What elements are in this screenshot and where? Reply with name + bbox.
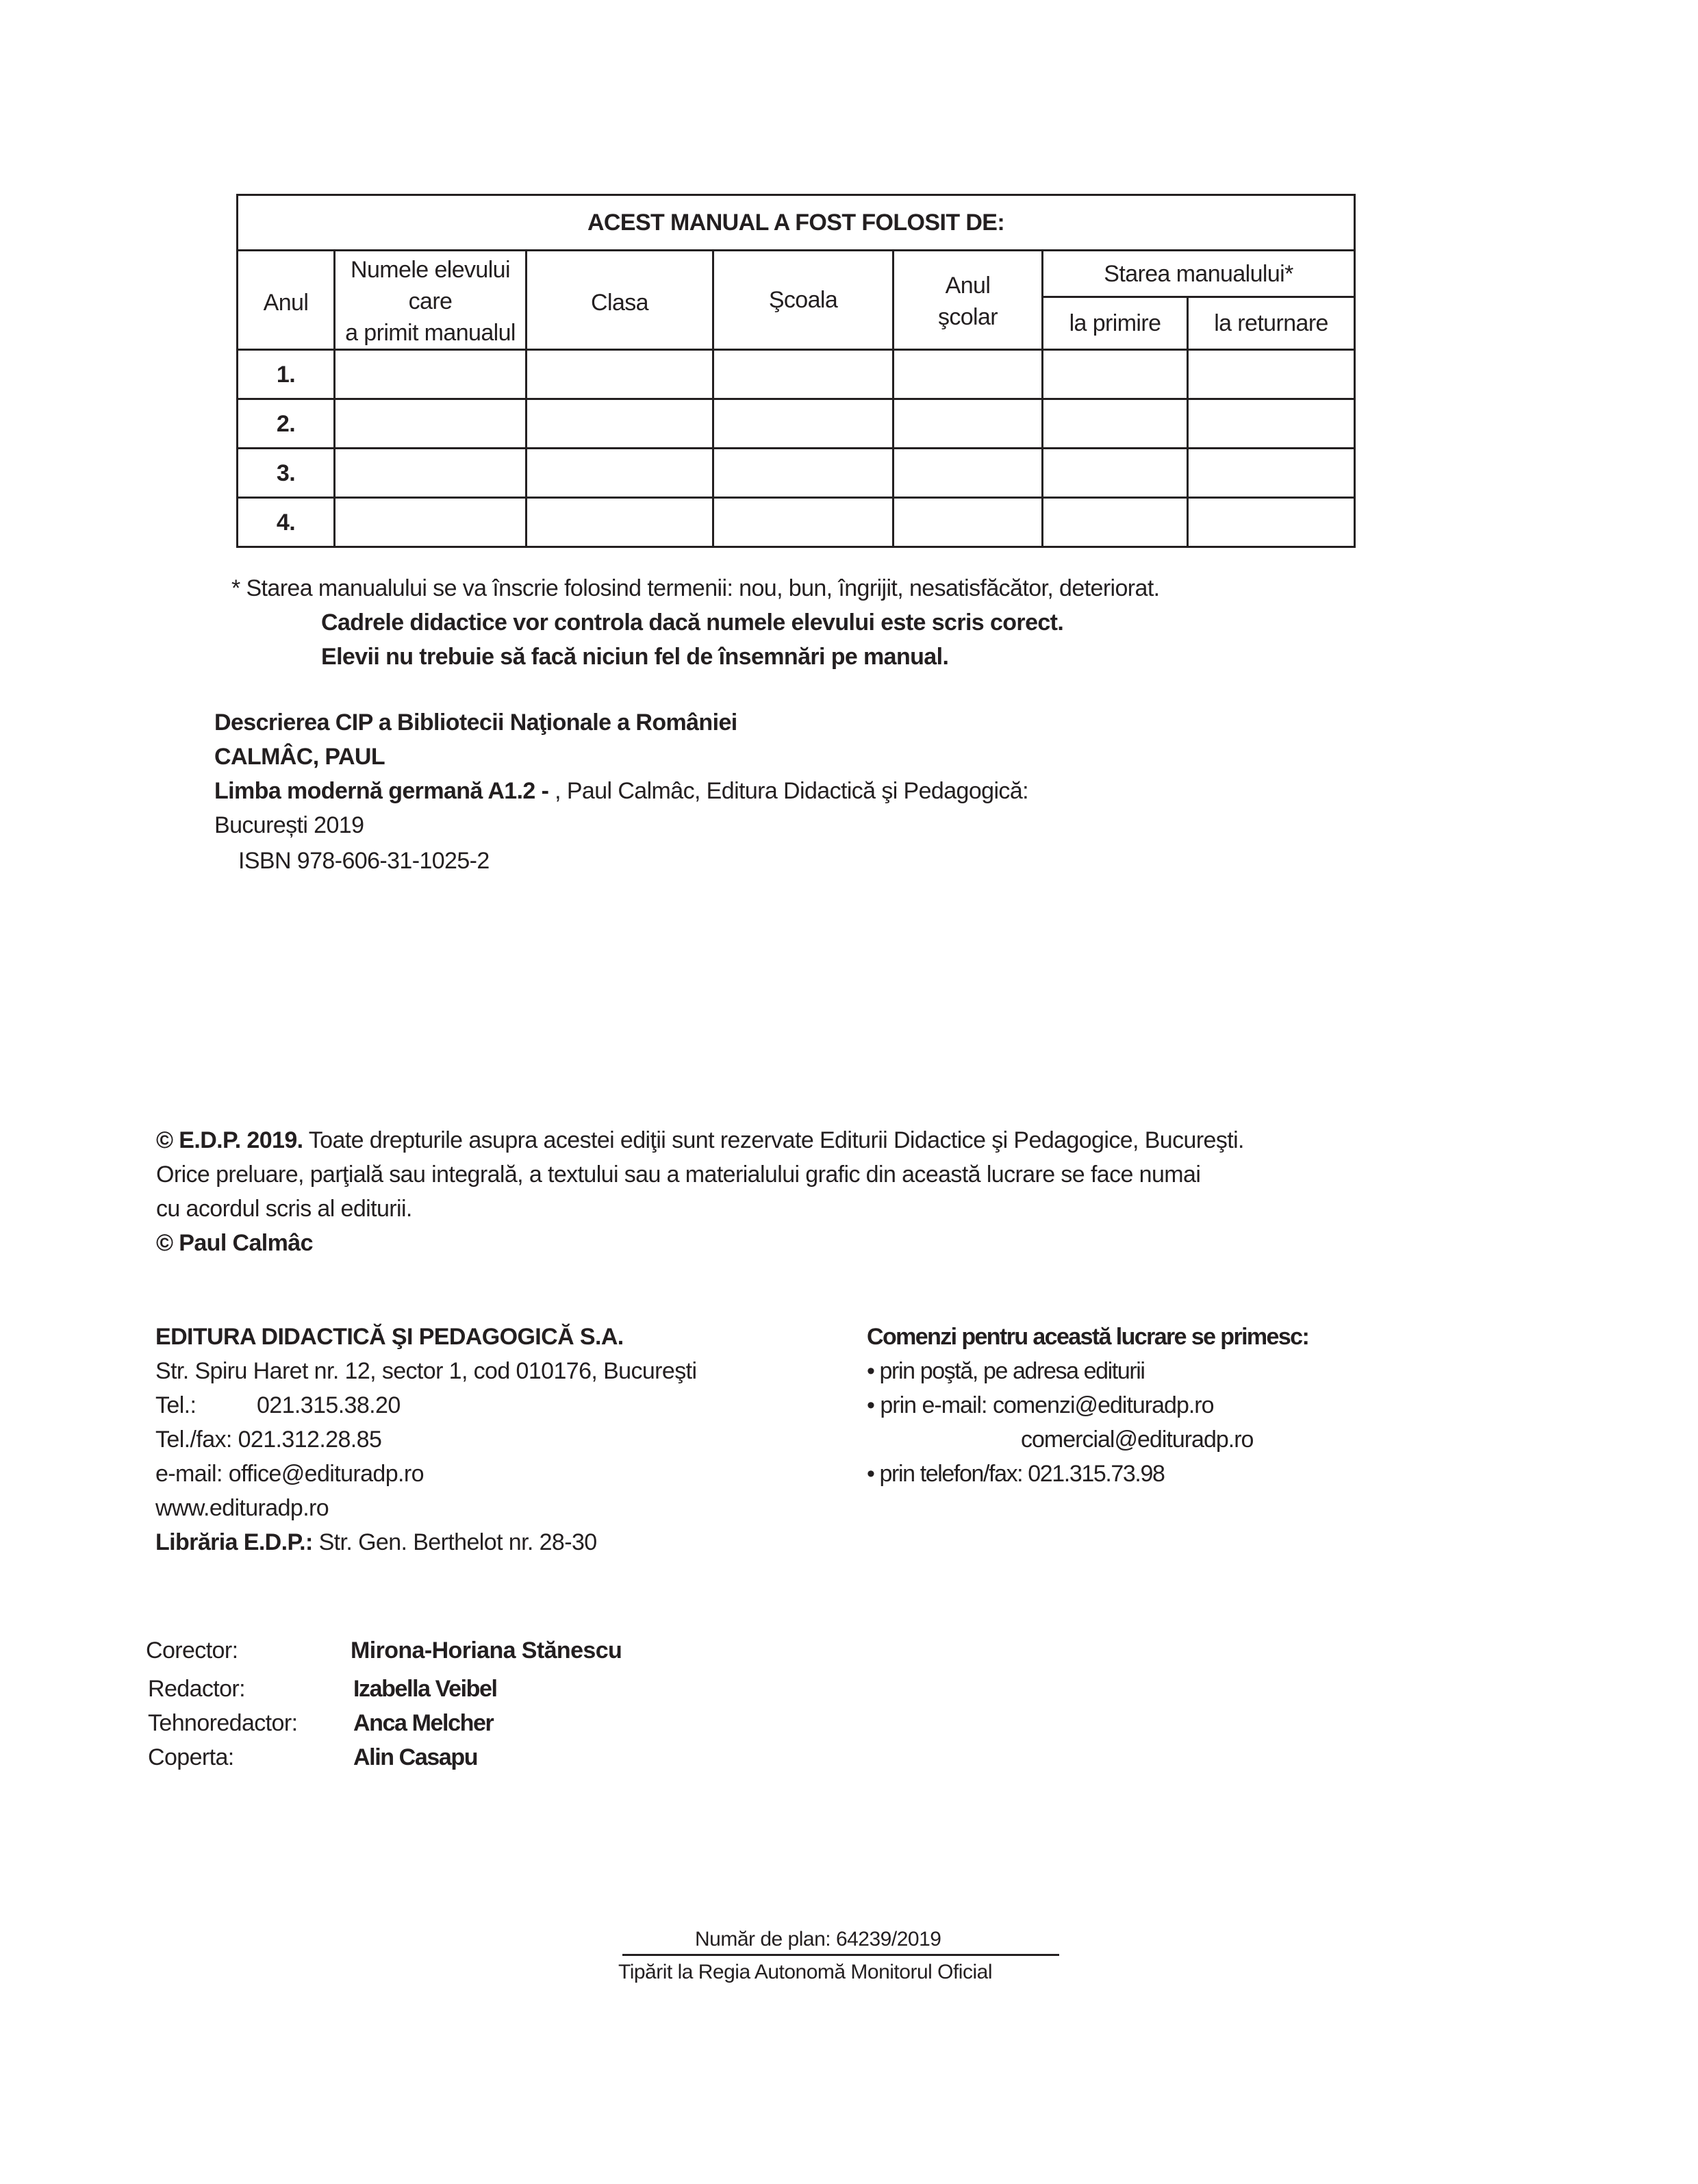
credit-name-coperta: Alin Casapu — [353, 1740, 477, 1774]
orders-item-email: • prin e-mail: comenzi@edituradp.ro — [867, 1388, 1214, 1422]
column-header-la-returnare: la returnare — [1188, 297, 1355, 350]
plan-number: Număr de plan: 64239/2019 — [695, 1926, 941, 1953]
cell-anul-scolar — [894, 350, 1043, 399]
column-header-clasa: Clasa — [527, 251, 713, 350]
credit-role-corector: Corector: — [146, 1633, 238, 1668]
orders-heading: Comenzi pentru această lucrare se primes… — [867, 1320, 1308, 1354]
column-header-starea: Starea manualului* — [1043, 251, 1355, 297]
cell-la-primire — [1043, 498, 1188, 547]
cell-clasa — [527, 399, 713, 449]
orders-item-email-2: comercial@edituradp.ro — [1021, 1422, 1253, 1457]
copyright-line-1: © E.D.P. 2019. Toate drepturile asupra a… — [156, 1123, 1244, 1157]
orders-item-phone: • prin telefon/fax: 021.315.73.98 — [867, 1457, 1165, 1491]
cip-heading: Descrierea CIP a Bibliotecii Naţionale a… — [214, 705, 737, 740]
cell-la-returnare — [1188, 399, 1355, 449]
bookstore-label: Librăria E.D.P.: — [155, 1529, 313, 1555]
publisher-tel: 021.315.38.20 — [257, 1388, 401, 1422]
condition-footnote: * Starea manualului se va înscrie folosi… — [231, 571, 1160, 605]
publisher-bookstore: Librăria E.D.P.: Str. Gen. Berthelot nr.… — [155, 1525, 597, 1559]
credit-name-tehnoredactor: Anca Melcher — [353, 1706, 493, 1740]
credit-name-redactor: Izabella Veibel — [353, 1672, 497, 1706]
publisher-tel-label: Tel.: — [155, 1388, 196, 1422]
students-note: Elevii nu trebuie să facă niciun fel de … — [321, 640, 948, 674]
cell-clasa — [527, 498, 713, 547]
row-number: 3. — [238, 449, 335, 498]
cip-isbn: ISBN 978-606-31-1025-2 — [238, 844, 490, 878]
cell-nume — [335, 449, 527, 498]
cell-anul-scolar — [894, 399, 1043, 449]
row-number: 1. — [238, 350, 335, 399]
publisher-website[interactable]: www.edituradp.ro — [155, 1491, 329, 1525]
cell-la-primire — [1043, 399, 1188, 449]
publisher-email-address[interactable]: office@edituradp.ro — [229, 1461, 424, 1487]
cip-author: CALMÂC, PAUL — [214, 740, 385, 774]
cell-scoala — [713, 350, 894, 399]
manual-usage-table: ACEST MANUAL A FOST FOLOSIT DE: Anul Num… — [236, 194, 1356, 548]
publisher-email: e-mail: office@edituradp.ro — [155, 1457, 424, 1491]
table-row: 2. — [238, 399, 1355, 449]
credit-name-corector: Mirona-Horiana Stănescu — [351, 1633, 622, 1668]
table-row: 1. — [238, 350, 1355, 399]
cell-nume — [335, 399, 527, 449]
publisher-name: EDITURA DIDACTICĂ ŞI PEDAGOGICĂ S.A. — [155, 1320, 624, 1354]
cell-la-returnare — [1188, 498, 1355, 547]
table-title: ACEST MANUAL A FOST FOLOSIT DE: — [238, 195, 1355, 251]
cip-title: Limba modernă germană A1.2 - , Paul Calm… — [214, 774, 1028, 808]
copyright-line-3: cu acordul scris al editurii. — [156, 1192, 412, 1226]
credit-role-redactor: Redactor: — [148, 1672, 245, 1706]
column-header-anul: Anul — [238, 251, 335, 350]
row-number: 2. — [238, 399, 335, 449]
cell-clasa — [527, 350, 713, 399]
cip-place-year: București 2019 — [214, 808, 364, 842]
publisher-email-label: e-mail: — [155, 1461, 223, 1487]
printer-info: Tipărit la Regia Autonomă Monitorul Ofic… — [618, 1959, 992, 1986]
copyright-line-2: Orice preluare, parţială sau integrală, … — [156, 1157, 1200, 1192]
copyright-rights: Toate drepturile asupra acestei ediţii s… — [303, 1127, 1244, 1153]
credit-role-coperta: Coperta: — [148, 1740, 234, 1774]
publisher-telfax-number: 021.312.28.85 — [238, 1427, 382, 1453]
orders-item-post: • prin poştă, pe adresa editurii — [867, 1354, 1145, 1388]
publisher-telfax: Tel./fax: 021.312.28.85 — [155, 1422, 381, 1457]
teachers-note: Cadrele didactice vor controla dacă nume… — [321, 605, 1063, 640]
cell-scoala — [713, 449, 894, 498]
column-header-la-primire: la primire — [1043, 297, 1188, 350]
column-header-nume: Numele elevului care a primit manualul — [335, 251, 527, 350]
cell-la-returnare — [1188, 350, 1355, 399]
column-header-anul-scolar: Anul şcolar — [894, 251, 1043, 350]
cell-scoala — [713, 399, 894, 449]
cell-la-returnare — [1188, 449, 1355, 498]
cell-nume — [335, 498, 527, 547]
table-row: 4. — [238, 498, 1355, 547]
cell-scoala — [713, 498, 894, 547]
copyright-author: © Paul Calmâc — [156, 1226, 313, 1260]
cip-title-rest: , Paul Calmâc, Editura Didactică şi Peda… — [555, 778, 1028, 804]
publisher-address: Str. Spiru Haret nr. 12, sector 1, cod 0… — [155, 1354, 696, 1388]
cell-clasa — [527, 449, 713, 498]
cell-anul-scolar — [894, 449, 1043, 498]
cell-la-primire — [1043, 449, 1188, 498]
column-header-scoala: Şcoala — [713, 251, 894, 350]
copyright-edp: © E.D.P. 2019. — [156, 1127, 303, 1153]
row-number: 4. — [238, 498, 335, 547]
table-row: 3. — [238, 449, 1355, 498]
footer-divider — [622, 1954, 1059, 1956]
bookstore-address: Str. Gen. Berthelot nr. 28-30 — [319, 1529, 597, 1555]
publisher-telfax-label: Tel./fax: — [155, 1427, 232, 1453]
cell-anul-scolar — [894, 498, 1043, 547]
cell-la-primire — [1043, 350, 1188, 399]
credit-role-tehnoredactor: Tehnoredactor: — [148, 1706, 297, 1740]
cip-title-bold: Limba modernă germană A1.2 - — [214, 778, 555, 804]
cell-nume — [335, 350, 527, 399]
